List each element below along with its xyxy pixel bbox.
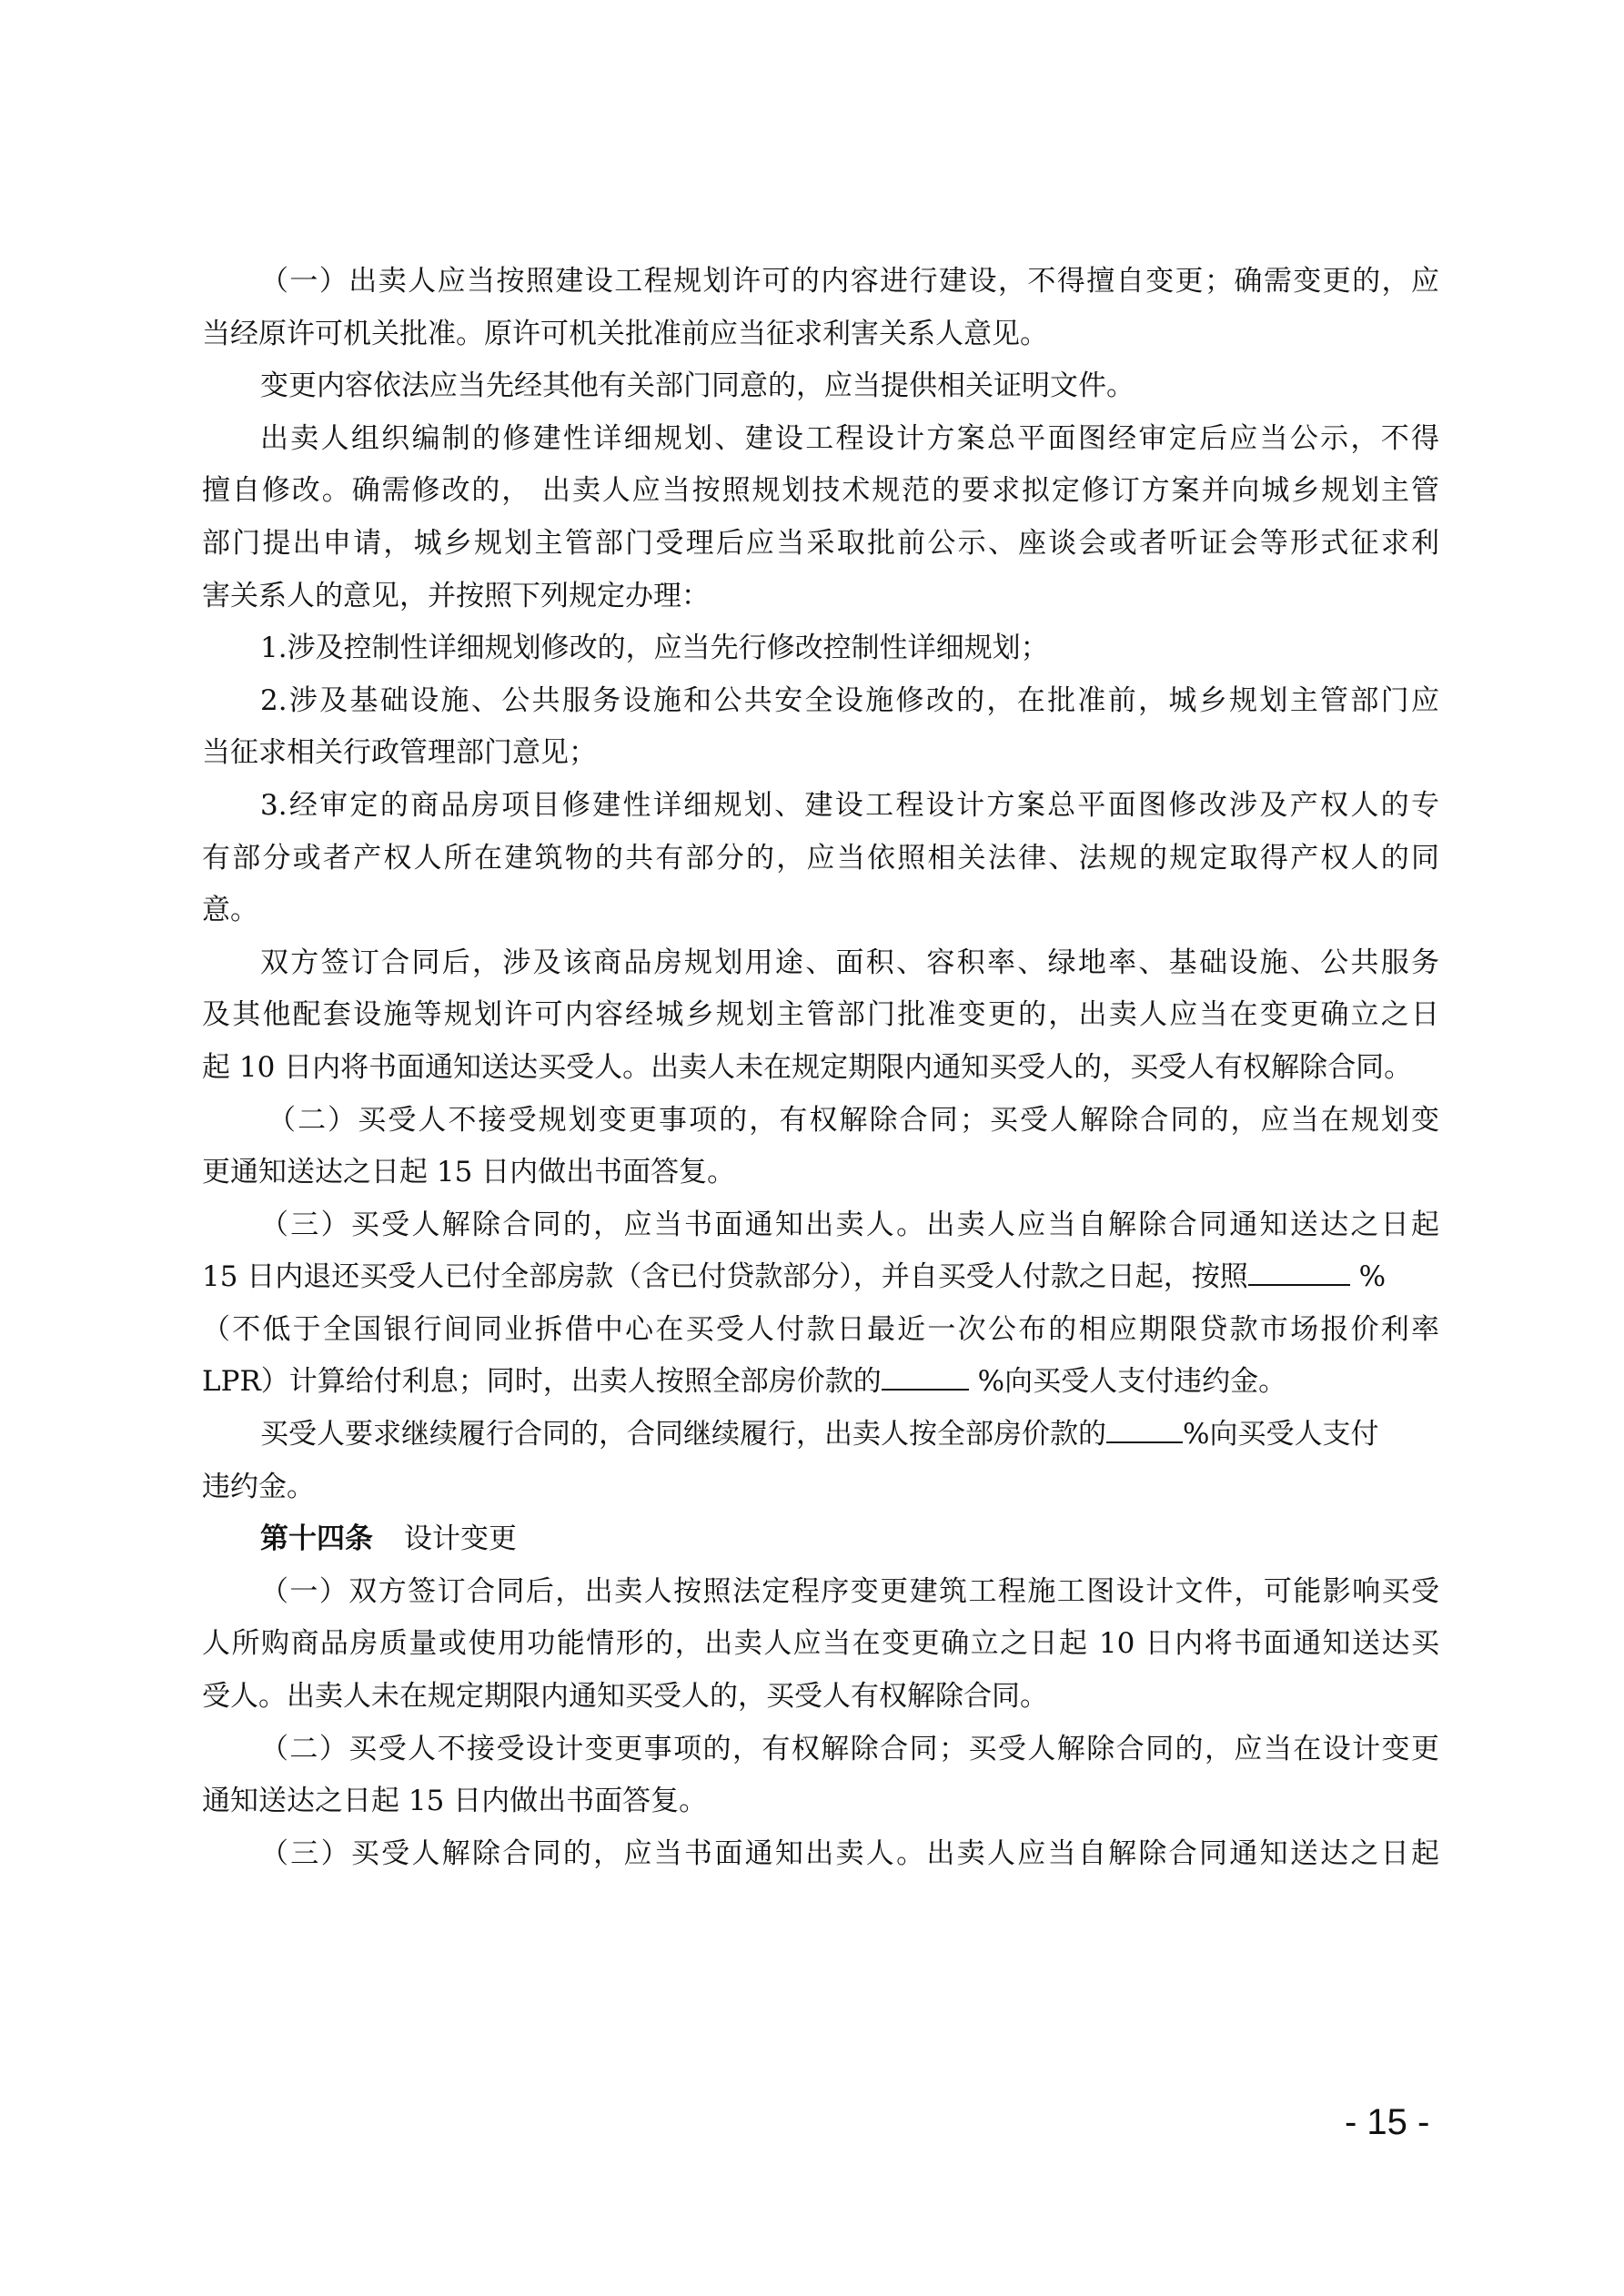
text-line: （三）买受人解除合同的，应当书面通知出卖人。出卖人应当自解除合同通知送达之日起 <box>202 1199 1439 1252</box>
text-line: （二）买受人不接受设计变更事项的，有权解除合同；买受人解除合同的，应当在设计变更 <box>202 1724 1439 1776</box>
text-line: 擅自修改。确需修改的， 出卖人应当按照规划技术规范的要求拟定修订方案并向城乡规划… <box>202 465 1439 518</box>
text-line: （不低于全国银行间同业拆借中心在买受人付款日最近一次公布的相应期限贷款市场报价利… <box>202 1304 1439 1357</box>
text-line: 意。 <box>202 885 1439 937</box>
text-line: （一）出卖人应当按照建设工程规划许可的内容进行建设，不得擅自变更；确需变更的，应 <box>202 256 1439 308</box>
text-fragment: %向买受人支付违约金。 <box>969 1365 1286 1398</box>
continue-penalty-rate-blank[interactable] <box>1106 1414 1183 1443</box>
text-fragment: LPR）计算给付利息；同时，出卖人按照全部房价款的 <box>202 1365 882 1398</box>
text-line: 部门提出申请，城乡规划主管部门受理后应当采取批前公示、座谈会或者听证会等形式征求… <box>202 518 1439 571</box>
text-line: （一）双方签订合同后，出卖人按照法定程序变更建筑工程施工图设计文件，可能影响买受 <box>202 1566 1439 1619</box>
text-fragment: % <box>1350 1260 1386 1293</box>
article-title: 设计变更 <box>404 1522 517 1555</box>
text-line: （二）买受人不接受规划变更事项的，有权解除合同；买受人解除合同的，应当在规划变 <box>202 1095 1439 1148</box>
article-heading: 第十四条设计变更 <box>202 1513 1439 1566</box>
text-line: 及其他配套设施等规划许可内容经城乡规划主管部门批准变更的，出卖人应当在变更确立之… <box>202 989 1439 1042</box>
text-line: 起 10 日内将书面通知送达买受人。出卖人未在规定期限内通知买受人的，买受人有权… <box>202 1042 1439 1095</box>
text-line: 通知送达之日起 15 日内做出书面答复。 <box>202 1775 1439 1828</box>
document-page: （一）出卖人应当按照建设工程规划许可的内容进行建设，不得擅自变更；确需变更的，应… <box>0 0 1624 2296</box>
text-line-continue-penalty: 买受人要求继续履行合同的，合同继续履行，出卖人按全部房价款的%向买受人支付 <box>202 1409 1439 1462</box>
text-line: 违约金。 <box>202 1462 1439 1514</box>
page-number: - 15 - <box>1345 2102 1429 2143</box>
text-line: 当经原许可机关批准。原许可机关批准前应当征求利害关系人意见。 <box>202 308 1439 361</box>
text-line: （三）买受人解除合同的，应当书面通知出卖人。出卖人应当自解除合同通知送达之日起 <box>202 1828 1439 1881</box>
list-item-1: 1.涉及控制性详细规划修改的，应当先行修改控制性详细规划； <box>202 622 1439 675</box>
text-line: 受人。出卖人未在规定期限内通知买受人的，买受人有权解除合同。 <box>202 1671 1439 1724</box>
text-line: 双方签订合同后，涉及该商品房规划用途、面积、容积率、绿地率、基础设施、公共服务 <box>202 937 1439 990</box>
text-line: 更通知送达之日起 15 日内做出书面答复。 <box>202 1147 1439 1199</box>
text-line-interest-rate: 15 日内退还买受人已付全部房款（含已付贷款部分），并自买受人付款之日起，按照 … <box>202 1251 1439 1304</box>
text-line-penalty-rate: LPR）计算给付利息；同时，出卖人按照全部房价款的 %向买受人支付违约金。 <box>202 1356 1439 1409</box>
list-item-2: 2.涉及基础设施、公共服务设施和公共安全设施修改的，在批准前，城乡规划主管部门应 <box>202 675 1439 728</box>
text-line: 有部分或者产权人所在建筑物的共有部分的，应当依照相关法律、法规的规定取得产权人的… <box>202 833 1439 885</box>
list-item-3: 3.经审定的商品房项目修建性详细规划、建设工程设计方案总平面图修改涉及产权人的专 <box>202 780 1439 833</box>
text-fragment: 买受人要求继续履行合同的，合同继续履行，出卖人按全部房价款的 <box>260 1418 1106 1451</box>
penalty-rate-blank[interactable] <box>882 1361 969 1391</box>
text-line: 变更内容依法应当先经其他有关部门同意的，应当提供相关证明文件。 <box>202 360 1439 413</box>
article-number: 第十四条 <box>260 1522 373 1555</box>
text-fragment: 15 日内退还买受人已付全部房款（含已付贷款部分），并自买受人付款之日起，按照 <box>202 1260 1248 1293</box>
text-line: 当征求相关行政管理部门意见； <box>202 727 1439 780</box>
text-line: 出卖人组织编制的修建性详细规划、建设工程设计方案总平面图经审定后应当公示，不得 <box>202 413 1439 466</box>
text-fragment: %向买受人支付 <box>1183 1418 1378 1451</box>
document-body: （一）出卖人应当按照建设工程规划许可的内容进行建设，不得擅自变更；确需变更的，应… <box>202 256 1439 1880</box>
text-line: 害关系人的意见，并按照下列规定办理： <box>202 571 1439 623</box>
text-line: 人所购商品房质量或使用功能情形的，出卖人应当在变更确立之日起 10 日内将书面通… <box>202 1618 1439 1671</box>
interest-rate-blank[interactable] <box>1248 1257 1350 1286</box>
